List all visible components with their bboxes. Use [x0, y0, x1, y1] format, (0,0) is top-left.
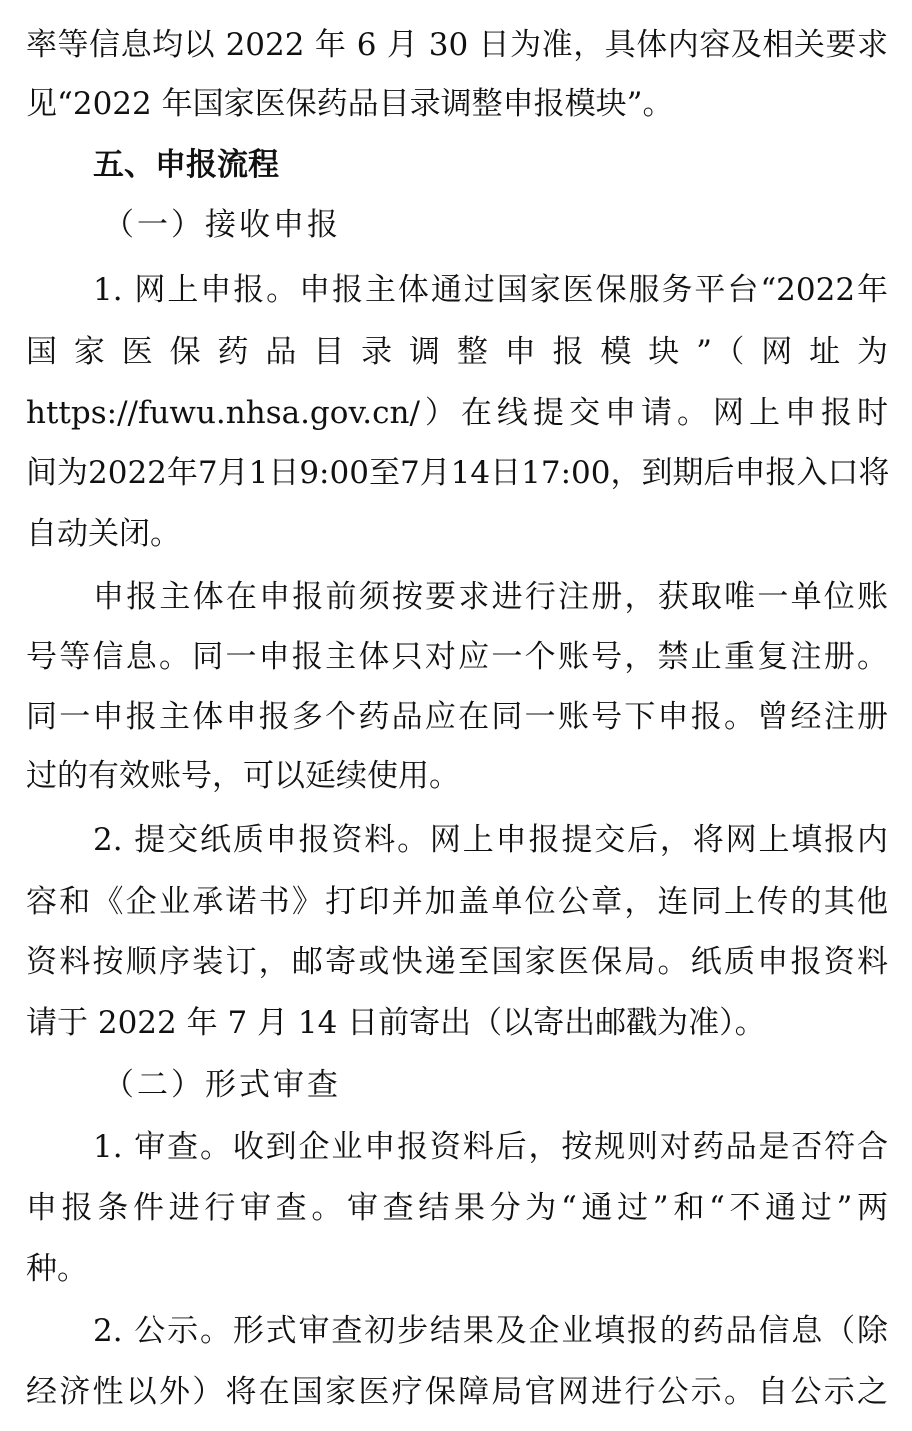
body-text-line: 容和《企业承诺书》打印并加盖单位公章，连同上传的其他 — [26, 882, 888, 922]
body-text-line: 同一申报主体申报多个药品应在同一账号下申报。曾经注册 — [26, 697, 888, 737]
body-text-line: 经济性以外）将在国家医疗保障局官网进行公示。自公示之 — [26, 1372, 888, 1412]
paragraph-first-line: 2. 提交纸质申报资料。网上申报提交后，将网上填报内 — [93, 820, 888, 860]
body-text-line: 国家医保药品目录调整申报模块”（网址为 — [26, 332, 888, 372]
body-text-line: 率等信息均以 2022 年 6 月 30 日为准，具体内容及相关要求 — [26, 25, 888, 65]
body-text-line: 申报条件进行审查。审查结果分为“通过”和“不通过”两 — [26, 1188, 888, 1228]
paragraph-first-line: 2. 公示。形式审查初步结果及企业填报的药品信息（除 — [93, 1311, 888, 1351]
body-text-line: 见“2022 年国家医保药品目录调整申报模块”。 — [26, 84, 888, 124]
paragraph-first-line: 1. 网上申报。申报主体通过国家医保服务平台“2022年 — [93, 270, 888, 310]
body-text-line: 过的有效账号，可以延续使用。 — [26, 756, 888, 796]
section-heading: 五、申报流程 — [93, 145, 912, 185]
body-text-line: 资料按顺序装订，邮寄或快递至国家医保局。纸质申报资料 — [26, 942, 888, 982]
body-text-line: 种。 — [26, 1249, 888, 1289]
subsection-heading: （一）接收申报 — [103, 205, 912, 245]
body-text-line: 自动关闭。 — [26, 514, 888, 554]
url-text-line: https://fuwu.nhsa.gov.cn/）在线提交申请。网上申报时 — [26, 393, 888, 433]
body-text-line: 号等信息。同一申报主体只对应一个账号，禁止重复注册。 — [26, 637, 888, 677]
paragraph-first-line: 1. 审查。收到企业申报资料后，按规则对药品是否符合 — [93, 1127, 888, 1167]
body-text-line: 请于 2022 年 7 月 14 日前寄出（以寄出邮戳为准）。 — [26, 1003, 888, 1043]
subsection-heading: （二）形式审查 — [103, 1065, 912, 1105]
body-text-line: 间为2022年7月1日9:00至7月14日17:00，到期后申报入口将 — [26, 453, 888, 493]
paragraph-first-line: 申报主体在申报前须按要求进行注册，获取唯一单位账 — [93, 577, 888, 617]
